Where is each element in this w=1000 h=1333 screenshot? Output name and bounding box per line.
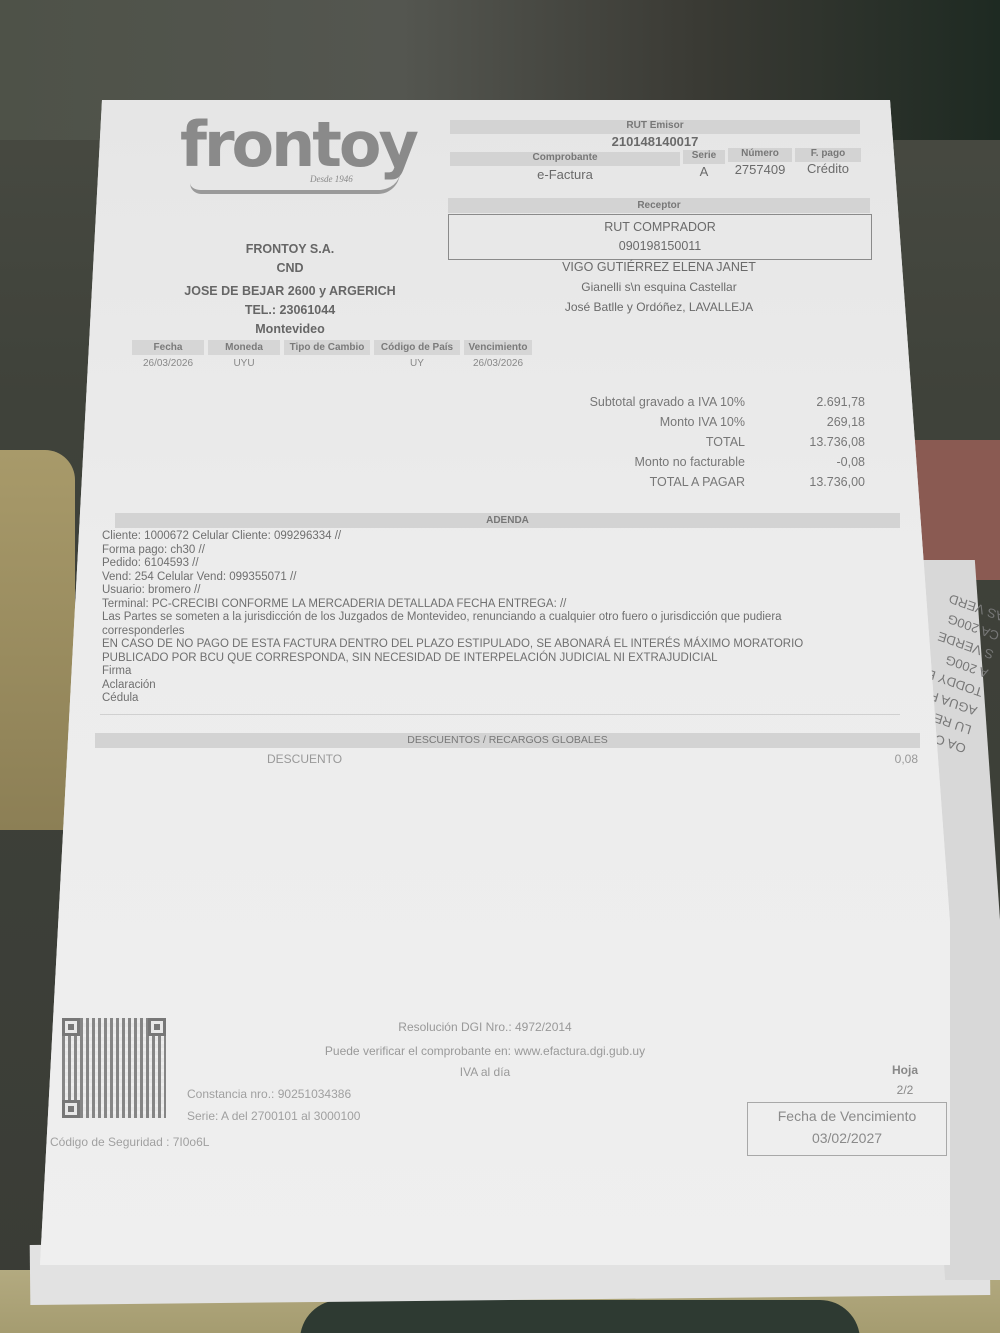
info-header-vencimiento: Vencimiento <box>464 340 532 355</box>
discount-value: 0,08 <box>830 752 918 766</box>
info-value-codigo-pais: UY <box>374 358 460 369</box>
footer-iva: IVA al día <box>290 1065 680 1079</box>
qr-finder <box>148 1018 166 1036</box>
qr-finder <box>62 1100 80 1118</box>
receptor-rut-value: 090198150011 <box>449 239 871 253</box>
info-value-fecha: 26/03/2026 <box>132 358 204 369</box>
discount-label: DESCUENTO <box>267 752 342 766</box>
totals-label: Subtotal gravado a IVA 10% <box>525 395 745 415</box>
receptor-rut-box: RUT COMPRADOR 090198150011 <box>448 214 872 260</box>
adenda-line: Cédula <box>102 692 912 706</box>
totals-value: 13.736,00 <box>745 475 865 495</box>
issuer-block: FRONTOY S.A. CND JOSE DE BEJAR 2600 y AR… <box>160 240 420 339</box>
info-header-tipo-cambio: Tipo de Cambio <box>284 340 370 355</box>
issuer-phone: TEL.: 23061044 <box>160 301 420 320</box>
info-header-codigo-pais: Código de País <box>374 340 460 355</box>
logo-tagline: Desde 1946 <box>310 174 353 184</box>
totals-block: Subtotal gravado a IVA 10% 2.691,78 Mont… <box>525 395 865 495</box>
invoice-page: frontoy Desde 1946 FRONTOY S.A. CND JOSE… <box>40 100 950 1280</box>
totals-row: Monto no facturable -0,08 <box>525 455 865 475</box>
adenda-line: EN CASO DE NO PAGO DE ESTA FACTURA DENTR… <box>102 638 912 652</box>
adenda-line: Aclaración <box>102 679 912 693</box>
totals-label: Monto no facturable <box>525 455 745 475</box>
totals-label: TOTAL <box>525 435 745 455</box>
totals-row: Subtotal gravado a IVA 10% 2.691,78 <box>525 395 865 415</box>
adenda-line: PUBLICADO POR BCU QUE CORRESPONDA, SIN N… <box>102 652 912 666</box>
background-table-left <box>0 450 75 830</box>
totals-row: Monto IVA 10% 269,18 <box>525 415 865 435</box>
adenda-body: Cliente: 1000672 Celular Cliente: 099296… <box>102 530 912 706</box>
qr-finder <box>62 1018 80 1036</box>
background-cloth <box>300 1300 860 1333</box>
info-value-tipo-cambio <box>284 358 370 369</box>
receptor-address: Gianelli s\n esquina Castellar <box>448 280 870 294</box>
info-header-fecha: Fecha <box>132 340 204 355</box>
receptor-name: VIGO GUTIÉRREZ ELENA JANET <box>448 260 870 274</box>
info-value-vencimiento: 26/03/2026 <box>464 358 532 369</box>
numero-value: 2757409 <box>728 162 792 177</box>
discounts-header: DESCUENTOS / RECARGOS GLOBALES <box>95 733 920 748</box>
comprobante-value: e-Factura <box>450 167 680 182</box>
adenda-line: corresponderles <box>102 625 912 639</box>
due-date-box: Fecha de Vencimiento 03/02/2027 <box>747 1102 947 1156</box>
page-label: Hoja <box>880 1063 930 1077</box>
rut-emisor-label: RUT Emisor <box>450 120 860 134</box>
serie-label: Serie <box>683 150 725 164</box>
receptor-rut-label: RUT COMPRADOR <box>449 220 871 234</box>
totals-value: 269,18 <box>745 415 865 435</box>
comprobante-label: Comprobante <box>450 152 680 166</box>
adenda-line: Usuario: bromero // <box>102 584 912 598</box>
footer-security-code: Código de Seguridad : 7I0o6L <box>50 1135 209 1149</box>
totals-row: TOTAL 13.736,08 <box>525 435 865 455</box>
serie-value: A <box>683 164 725 179</box>
issuer-name: FRONTOY S.A. <box>160 240 420 259</box>
info-table-row: 26/03/2026 UYU UY 26/03/2026 <box>132 358 532 369</box>
adenda-line: Forma pago: ch30 // <box>102 544 912 558</box>
adenda-line: Pedido: 6104593 // <box>102 557 912 571</box>
issuer-branch: CND <box>160 259 420 278</box>
receptor-city: José Batlle y Ordóñez, LAVALLEJA <box>448 300 870 314</box>
adenda-line: Vend: 254 Celular Vend: 099355071 // <box>102 571 912 585</box>
adenda-header: ADENDA <box>115 513 900 528</box>
issuer-city: Montevideo <box>160 320 420 339</box>
logo-swoosh <box>190 172 400 194</box>
totals-value: 2.691,78 <box>745 395 865 415</box>
issuer-address: JOSE DE BEJAR 2600 y ARGERICH <box>160 282 420 301</box>
totals-label: Monto IVA 10% <box>525 415 745 435</box>
page-number: 2/2 <box>880 1083 930 1097</box>
adenda-line: Cliente: 1000672 Celular Cliente: 099296… <box>102 530 912 544</box>
due-date-label: Fecha de Vencimiento <box>748 1108 946 1124</box>
info-value-moneda: UYU <box>208 358 280 369</box>
totals-label: TOTAL A PAGAR <box>525 475 745 495</box>
brand-logo: frontoy <box>180 108 416 181</box>
totals-value: -0,08 <box>745 455 865 475</box>
footer-resolucion: Resolución DGI Nro.: 4972/2014 <box>290 1020 680 1034</box>
adenda-divider <box>100 714 900 715</box>
footer-verify: Puede verificar el comprobante en: www.e… <box>290 1044 680 1058</box>
adenda-line: Terminal: PC-CRECIBI CONFORME LA MERCADE… <box>102 598 912 612</box>
info-table-header: Fecha Moneda Tipo de Cambio Código de Pa… <box>132 340 532 355</box>
adenda-line: Las Partes se someten a la jurisdicción … <box>102 611 912 625</box>
totals-row: TOTAL A PAGAR 13.736,00 <box>525 475 865 495</box>
totals-value: 13.736,08 <box>745 435 865 455</box>
due-date-value: 03/02/2027 <box>748 1130 946 1146</box>
rut-emisor-value: 210148140017 <box>450 134 860 149</box>
adenda-line: Firma <box>102 665 912 679</box>
numero-label: Número <box>728 148 792 162</box>
footer-constancia: Constancia nro.: 90251034386 <box>187 1087 351 1101</box>
footer-serie-range: Serie: A del 2700101 al 3000100 <box>187 1109 360 1123</box>
receptor-header: Receptor <box>448 198 870 213</box>
fpago-value: Crédito <box>795 161 861 176</box>
info-header-moneda: Moneda <box>208 340 280 355</box>
fpago-label: F. pago <box>795 148 861 162</box>
